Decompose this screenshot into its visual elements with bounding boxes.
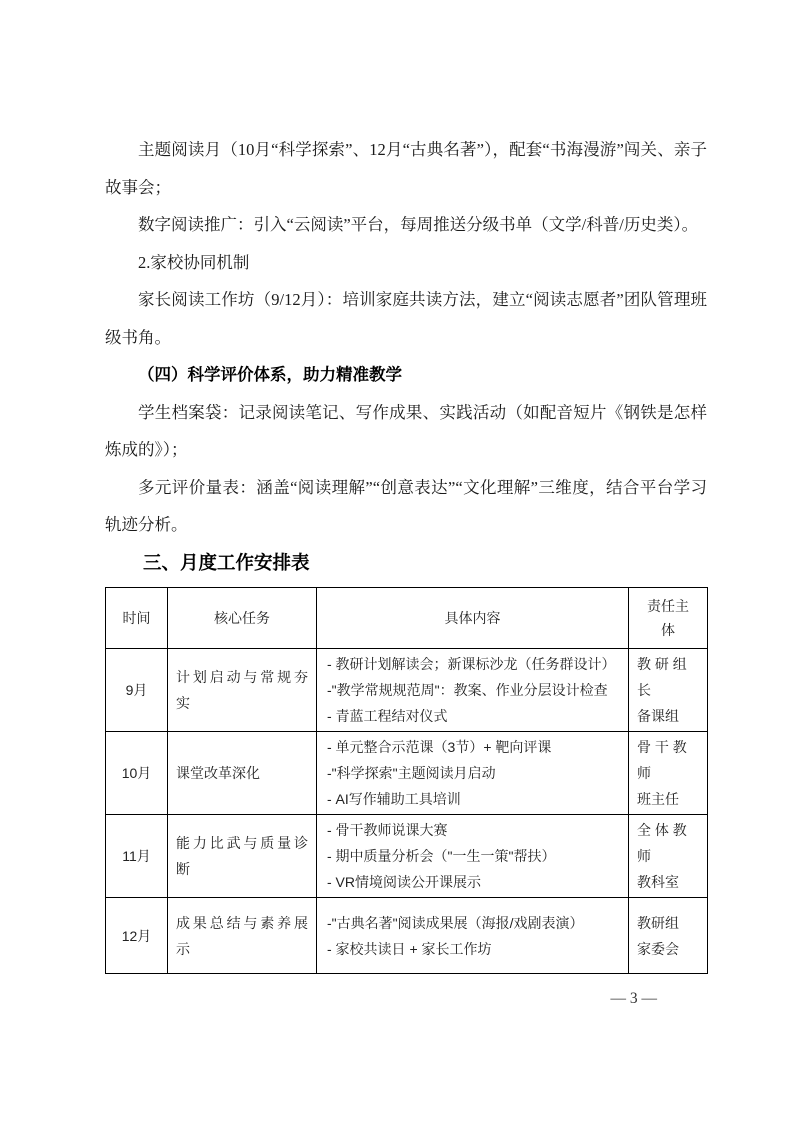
paragraph-evaluation-scale: 多元评价量表：涵盖“阅读理解”“创意表达”“文化理解”三维度，结合平台学习轨迹分… — [105, 469, 707, 544]
cell-details: -"古典名著"阅读成果展（海报/戏剧表演） - 家校共读日 + 家长工作坊 — [317, 898, 629, 974]
document-page: 主题阅读月（10月“科学探索”、12月“古典名著”），配套“书海漫游”闯关、亲子… — [0, 0, 794, 1122]
cell-month: 9月 — [106, 649, 168, 732]
cell-details: - 教研计划解读会；新课标沙龙（任务群设计） -"教学常规规范周"：教案、作业分… — [317, 649, 629, 732]
table-row-september: 9月 计划启动与常规夯 实 - 教研计划解读会；新课标沙龙（任务群设计） -"教… — [106, 649, 708, 732]
cell-month: 11月 — [106, 815, 168, 898]
col-header-core-task: 核心任务 — [168, 588, 317, 649]
cell-owner: 教 研 组 长 备课组 — [629, 649, 708, 732]
table-header-row: 时间 核心任务 具体内容 责任主 体 — [106, 588, 708, 649]
paragraph-student-portfolio: 学生档案袋：记录阅读笔记、写作成果、实践活动（如配音短片《钢铁是怎样炼成的》）； — [105, 394, 707, 469]
cell-core-task: 能力比武与质量诊 断 — [168, 815, 317, 898]
table-row-october: 10月 课堂改革深化 - 单元整合示范课（3节）+ 靶向评课 -"科学探索"主题… — [106, 732, 708, 815]
cell-core-task: 计划启动与常规夯 实 — [168, 649, 317, 732]
cell-details: - 骨干教师说课大赛 - 期中质量分析会（"一生一策"帮扶） - VR情境阅读公… — [317, 815, 629, 898]
table-row-december: 12月 成果总结与素养展 示 -"古典名著"阅读成果展（海报/戏剧表演） - 家… — [106, 898, 708, 974]
cell-details: - 单元整合示范课（3节）+ 靶向评课 -"科学探索"主题阅读月启动 - AI写… — [317, 732, 629, 815]
table-row-november: 11月 能力比武与质量诊 断 - 骨干教师说课大赛 - 期中质量分析会（"一生一… — [106, 815, 708, 898]
cell-owner: 全 体 教 师 教科室 — [629, 815, 708, 898]
cell-core-task: 课堂改革深化 — [168, 732, 317, 815]
cell-month: 10月 — [106, 732, 168, 815]
section-heading-monthly-schedule: 三、月度工作安排表 — [105, 544, 707, 582]
paragraph-digital-reading: 数字阅读推广：引入“云阅读”平台，每周推送分级书单（文学/科普/历史类）。 — [105, 206, 707, 244]
paragraph-theme-reading-month: 主题阅读月（10月“科学探索”、12月“古典名著”），配套“书海漫游”闯关、亲子… — [105, 131, 707, 206]
page-number: — 3 — — [105, 990, 707, 1008]
subsection-heading-evaluation: （四）科学评价体系，助力精准教学 — [105, 356, 707, 394]
col-header-owner: 责任主 体 — [629, 588, 708, 649]
cell-core-task: 成果总结与素养展 示 — [168, 898, 317, 974]
cell-owner: 骨 干 教 师 班主任 — [629, 732, 708, 815]
paragraph-home-school-mechanism: 2.家校协同机制 — [105, 244, 707, 282]
monthly-schedule-table: 时间 核心任务 具体内容 责任主 体 9月 计划启动与常规夯 实 - 教研计划解… — [105, 587, 708, 974]
cell-month: 12月 — [106, 898, 168, 974]
paragraph-parent-workshop: 家长阅读工作坊（9/12月）：培训家庭共读方法，建立“阅读志愿者”团队管理班级书… — [105, 281, 707, 356]
col-header-details: 具体内容 — [317, 588, 629, 649]
col-header-time: 时间 — [106, 588, 168, 649]
cell-owner: 教研组 家委会 — [629, 898, 708, 974]
